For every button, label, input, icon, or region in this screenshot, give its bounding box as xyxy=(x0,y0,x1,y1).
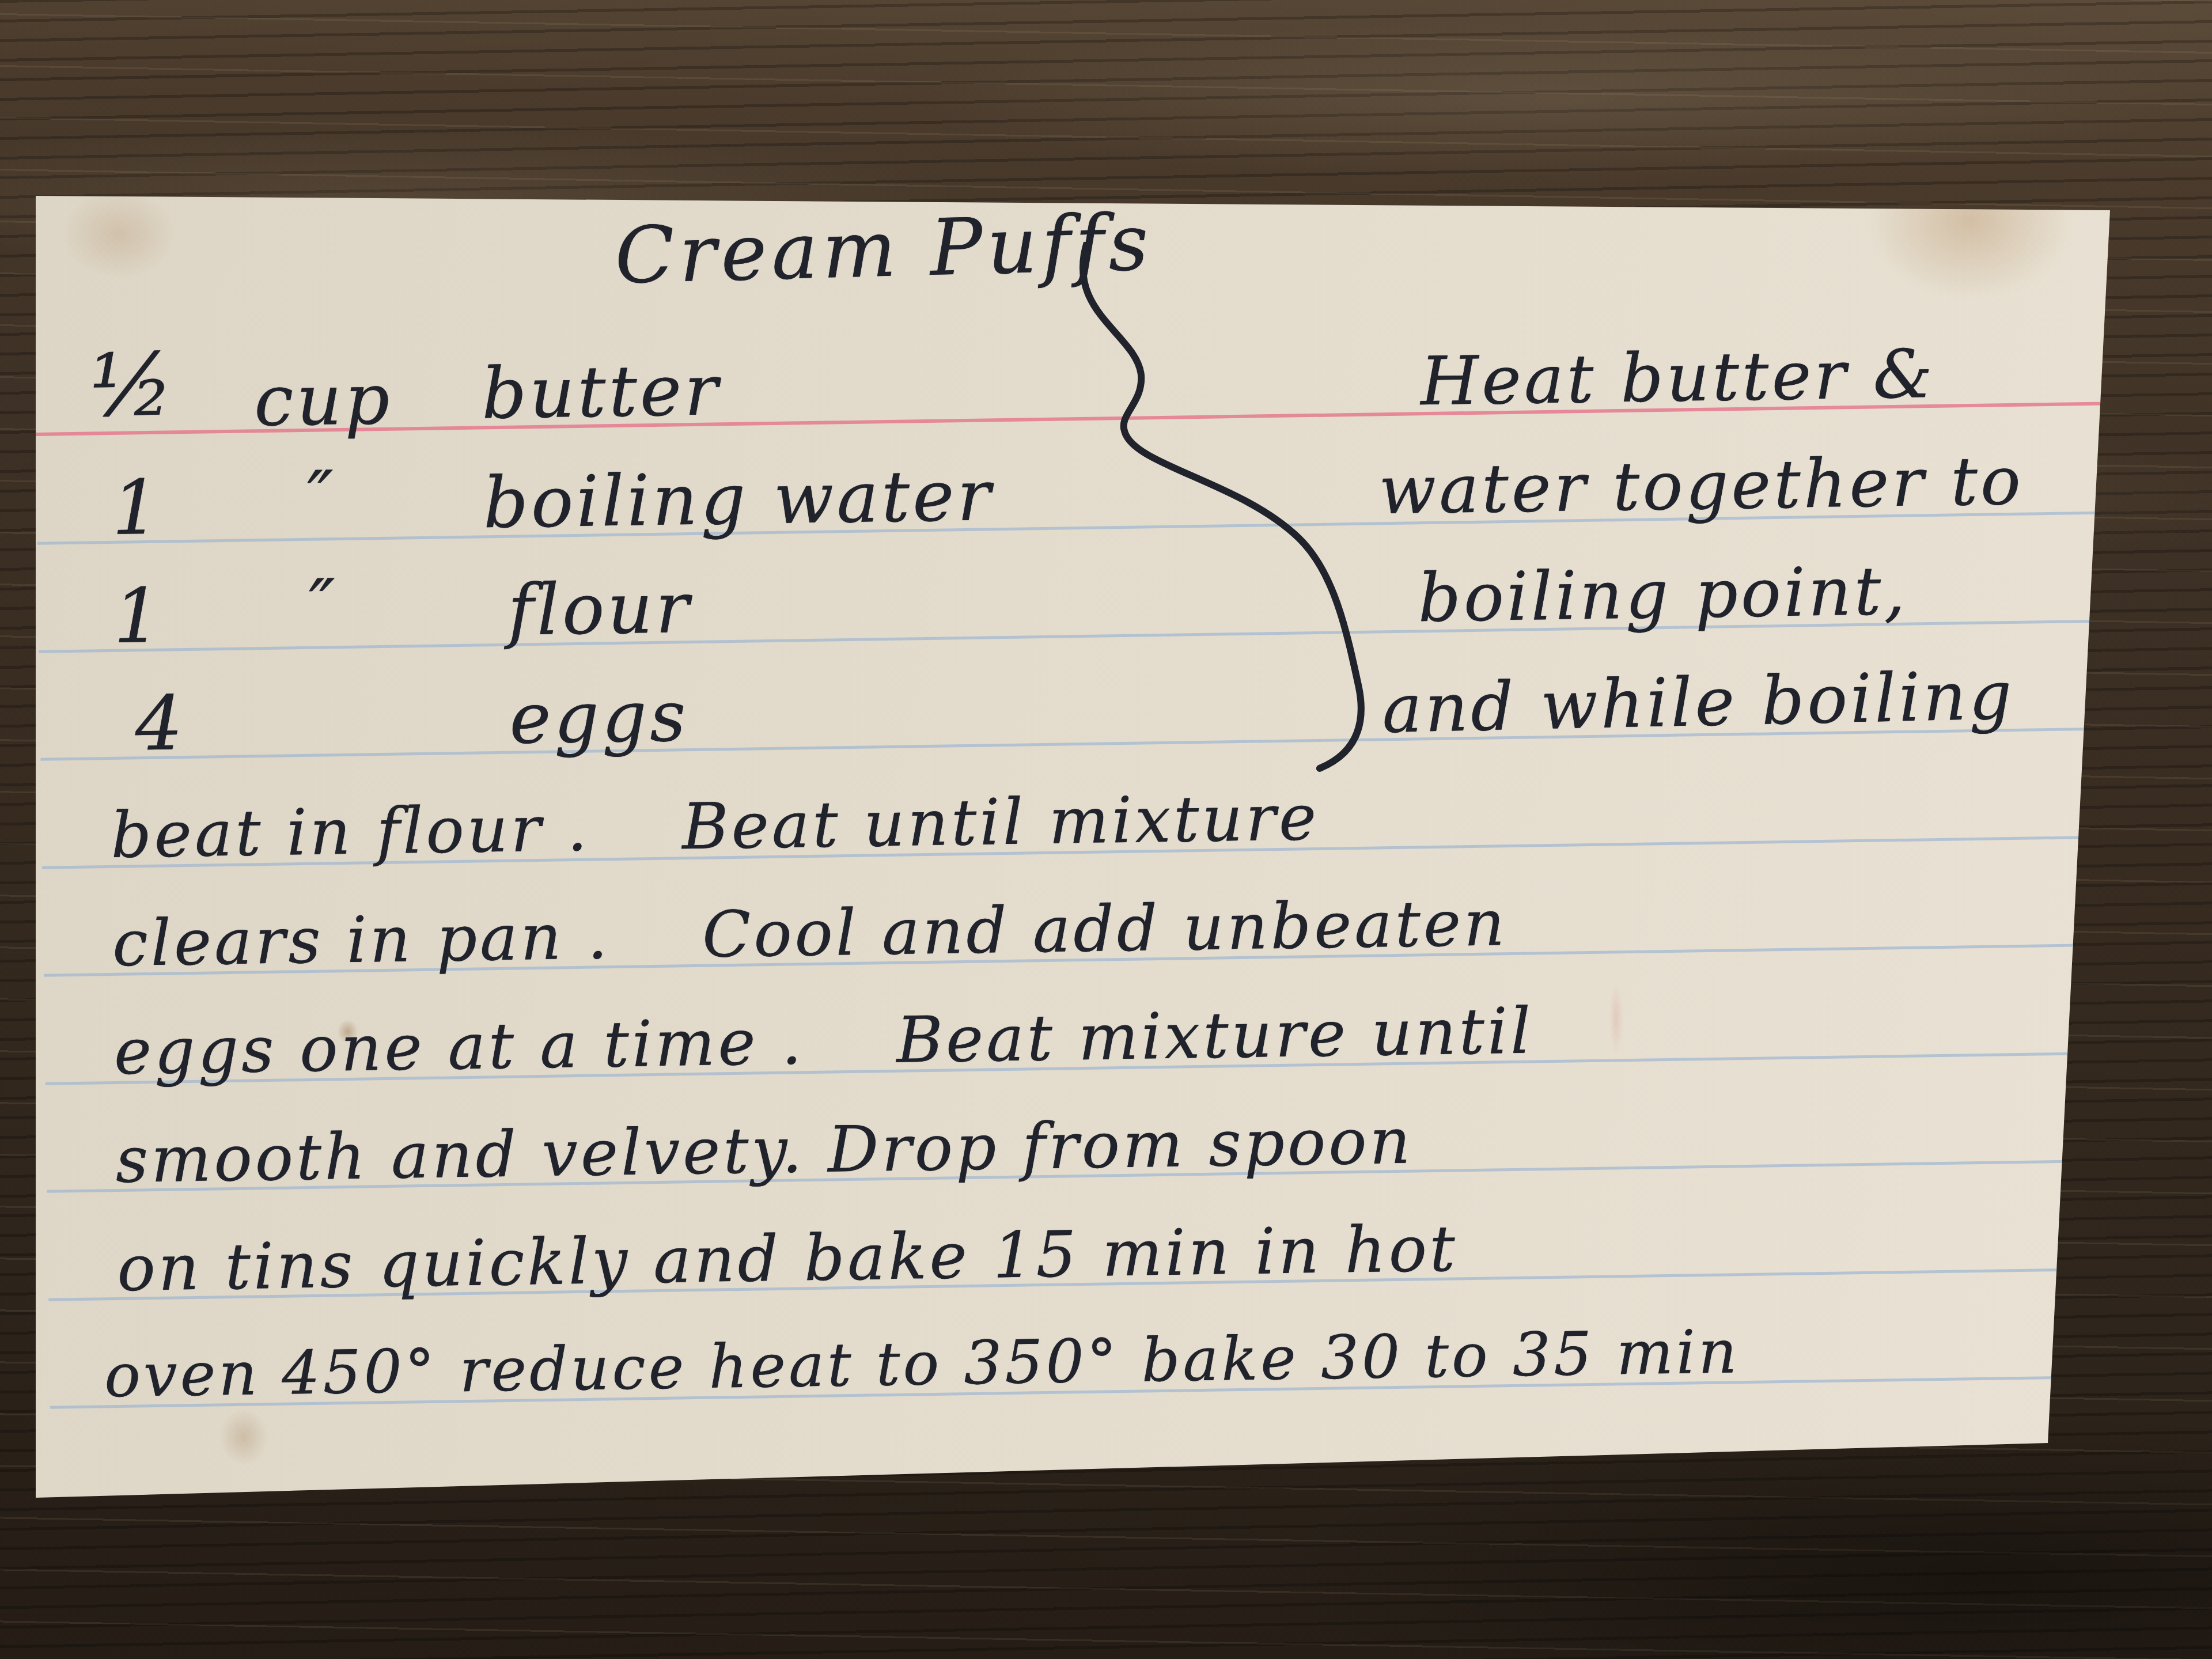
body-line: smooth and velvety. Drop from spoon xyxy=(115,1109,1414,1192)
brace-curve xyxy=(1052,237,1407,876)
ingredient-item: butter xyxy=(481,355,721,429)
side-note-line: Heat butter & xyxy=(1420,341,1936,415)
side-note-line: and while boiling xyxy=(1381,662,2015,743)
photo-of-recipe-card: { "scene": { "description": "Handwritten… xyxy=(0,0,2212,1659)
recipe-card: Cream Puffs ½ cup butter 1 ″ boiling wat… xyxy=(36,195,2115,1502)
side-note-line: water together to xyxy=(1378,448,2024,525)
body-line: on tins quickly and bake 15 min in hot xyxy=(117,1217,1459,1300)
body-line: beat in flour . Beat until mixture xyxy=(111,786,1320,867)
ingredient-unit: ″ xyxy=(307,461,337,532)
ingredient-amount: 1 xyxy=(111,470,163,546)
recipe-card-surface: Cream Puffs ½ cup butter 1 ″ boiling wat… xyxy=(32,164,2131,1502)
body-line: eggs one at a time . Beat mixture until xyxy=(113,999,1534,1084)
ingredient-unit: cup xyxy=(253,364,393,437)
ingredient-amount: 4 xyxy=(135,685,187,761)
side-note-line: boiling point, xyxy=(1418,558,1908,632)
ingredient-amount: ½ xyxy=(89,342,177,429)
ingredient-item: flour xyxy=(507,573,692,646)
body-line: oven 450° reduce heat to 350° bake 30 to… xyxy=(104,1321,1740,1406)
ingredient-unit: ″ xyxy=(309,570,339,641)
body-line: clears in pan . Cool and add unbeaten xyxy=(112,891,1508,975)
ingredient-item: eggs xyxy=(509,681,690,754)
ingredient-item: boiling water xyxy=(483,460,994,538)
ingredient-amount: 1 xyxy=(113,578,165,654)
